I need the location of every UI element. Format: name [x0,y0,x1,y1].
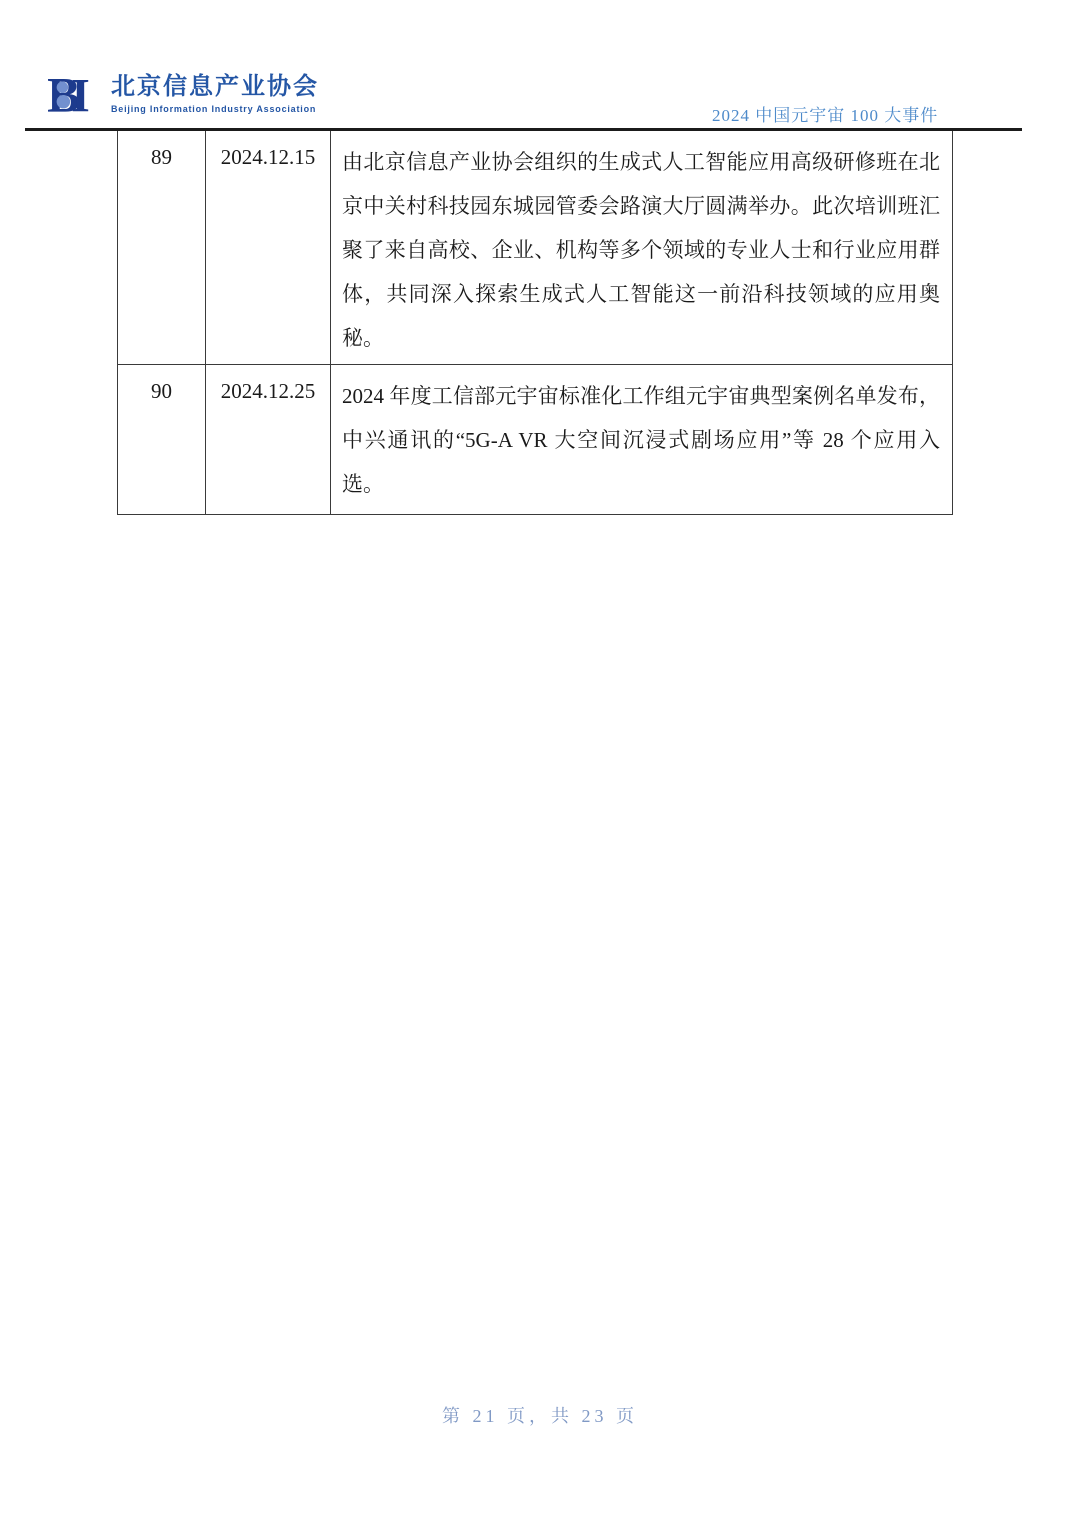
logo-mark-icon: B I [48,70,98,118]
association-logo: B I 北京信息产业协会 Beijing Information Industr… [48,70,319,118]
table-row: 90 2024.12.25 2024 年度工信部元宇宙标准化工作组元宇宙典型案例… [118,364,953,514]
row-number-cell: 90 [118,364,206,514]
svg-text:I: I [71,70,90,118]
document-page: B I 北京信息产业协会 Beijing Information Industr… [0,0,1080,1527]
row-content-cell: 由北京信息产业协会组织的生成式人工智能应用高级研修班在北京中关村科技园东城园管委… [331,131,953,364]
row-number-cell: 89 [118,131,206,364]
row-date-cell: 2024.12.25 [206,364,331,514]
metaverse-events-table: 89 2024.12.15 由北京信息产业协会组织的生成式人工智能应用高级研修班… [117,131,953,515]
row-date-cell: 2024.12.15 [206,131,331,364]
logo-text: 北京信息产业协会 Beijing Information Industry As… [111,70,319,114]
association-name-cn: 北京信息产业协会 [111,74,319,100]
table-row: 89 2024.12.15 由北京信息产业协会组织的生成式人工智能应用高级研修班… [118,131,953,364]
page-number-footer: 第 21 页，共 23 页 [0,1402,1080,1428]
row-content-cell: 2024 年度工信部元宇宙标准化工作组元宇宙典型案例名单发布，中兴通讯的“5G-… [331,364,953,514]
association-name-en: Beijing Information Industry Association [111,104,319,114]
document-header-title: 2024 中国元宇宙 100 大事件 [712,101,938,126]
